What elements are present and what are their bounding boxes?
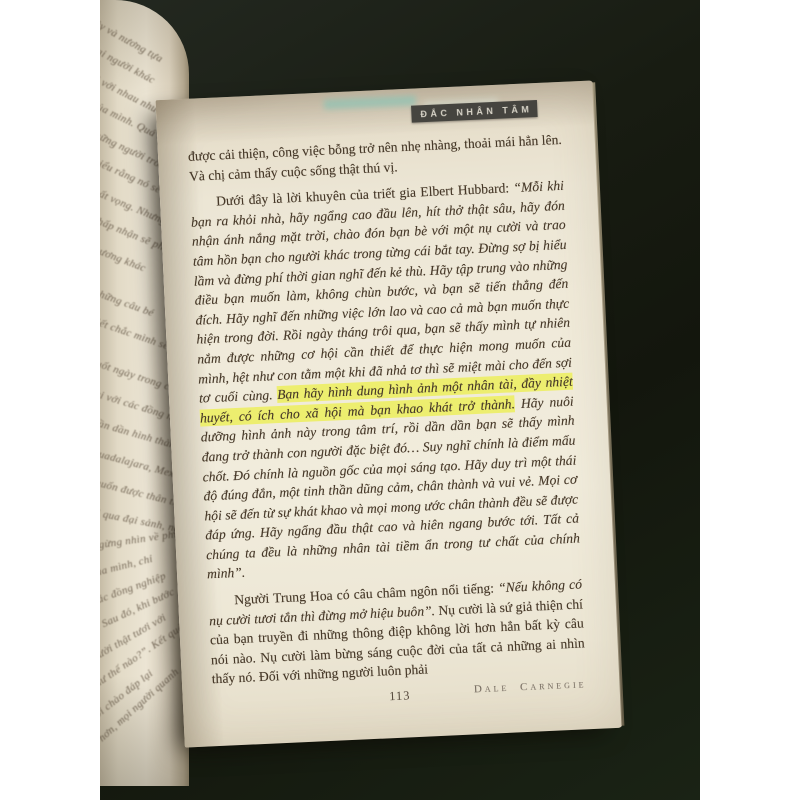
left-page-text-fragment: suốt ngày trong ca	[100, 356, 177, 394]
right-page: ĐẮC NHÂN TÂM được cải thiện, công việc b…	[156, 80, 623, 747]
quote-paragraph: Dưới đây là lời khuyên của triết gia Elb…	[190, 176, 581, 584]
chapter-header-badge: ĐẮC NHÂN TÂM	[411, 100, 538, 123]
left-page-text-fragment: thương khác	[100, 242, 148, 274]
left-page-text-fragment: biết chắc mình sẽ	[100, 314, 170, 352]
left-page-text-fragment: hiểu rằng nó sẽ	[100, 156, 163, 197]
left-page-text-fragment: những câu bé	[100, 286, 156, 319]
left-page-text-fragment: hai người khác	[100, 43, 157, 87]
left-page-text-fragment: của mình, chỉ	[100, 553, 154, 580]
left-page-text-fragment: gây và nương tựa	[100, 15, 165, 65]
left-page-text-fragment: ”. Sau đó, khi bước	[100, 586, 176, 636]
left-page-text-fragment: ai hơn, mọi người quanh	[100, 666, 181, 753]
left-page-text-fragment: cười thật tươi với	[100, 612, 168, 664]
left-page-text-fragment: lời chào đáp lại	[100, 667, 155, 722]
book-photo: gây và nương tựa hai người khác về với n…	[100, 0, 700, 800]
left-page-text-fragment: thất vọng. Nhưng	[100, 184, 168, 227]
glare-highlight	[324, 95, 416, 109]
quote-text: “Mỗi khi bạn ra khỏi nhà, hãy ngẩng cao …	[191, 178, 572, 406]
left-page-text-fragment: các đồng nghiệp	[100, 570, 168, 608]
left-page-text-fragment: ngừng nhìn về phía	[100, 527, 183, 551]
left-page-text-fragment: như thế nào?”. Kết quả	[100, 621, 186, 693]
proverb-paragraph: Người Trung Hoa có câu châm ngôn nổi tiế…	[208, 574, 586, 689]
page-text: được cải thiện, công việc bỗng trở nên n…	[188, 130, 587, 696]
